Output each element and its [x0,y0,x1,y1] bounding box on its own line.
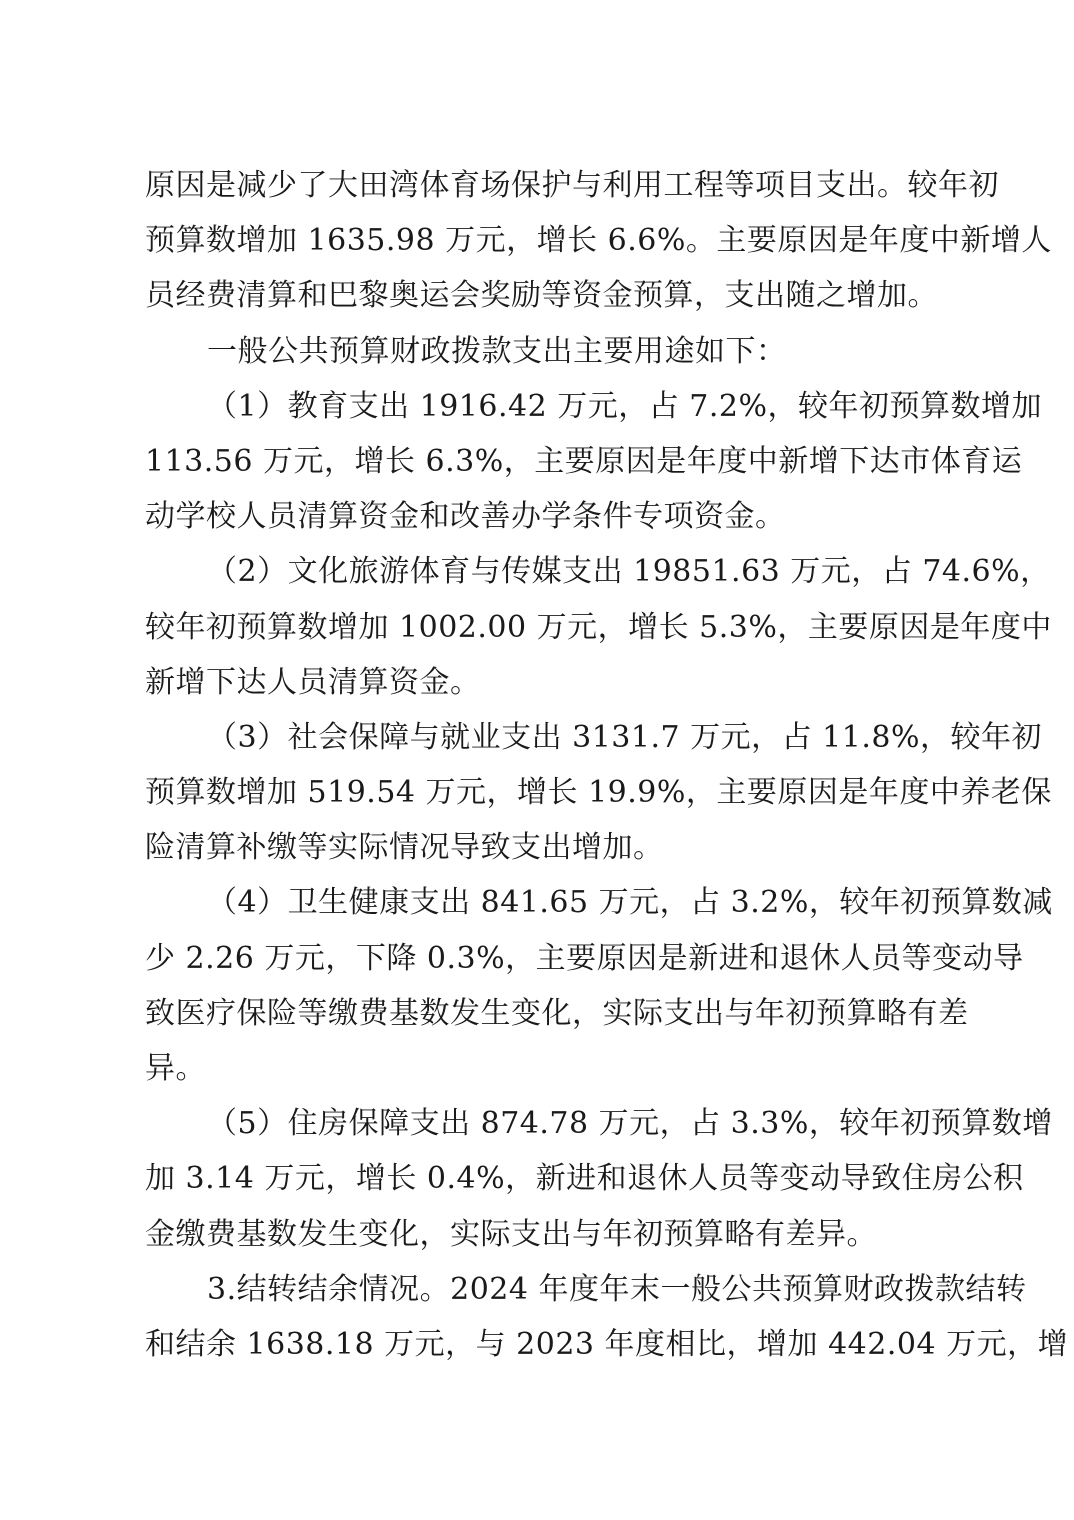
text-line: 加 3.14 万元，增长 0.4%，新进和退休人员等变动导致住房公积 [145,1151,941,1206]
paragraph-carryover-balance: 3.结转结余情况。2024 年度年末一般公共预算财政拨款结转 和结余 1638.… [145,1262,941,1372]
paragraph-item-culture-sports: （2）文化旅游体育与传媒支出 19851.63 万元，占 74.6%， 较年初预… [145,544,941,710]
text-line: 预算数增加 1635.98 万元，增长 6.6%。主要原因是年度中新增人 [145,213,941,268]
text-line: 金缴费基数发生变化，实际支出与年初预算略有差异。 [145,1207,941,1262]
text-line: （2）文化旅游体育与传媒支出 19851.63 万元，占 74.6%， [145,544,941,599]
document-page: 原因是减少了大田湾体育场保护与利用工程等项目支出。较年初 预算数增加 1635.… [145,158,941,1372]
text-line: 原因是减少了大田湾体育场保护与利用工程等项目支出。较年初 [145,158,941,213]
paragraph-item-housing: （5）住房保障支出 874.78 万元，占 3.3%，较年初预算数增 加 3.1… [145,1096,941,1262]
text-line: 员经费清算和巴黎奥运会奖励等资金预算，支出随之增加。 [145,268,941,323]
text-line: 异。 [145,1041,941,1096]
text-line: （1）教育支出 1916.42 万元，占 7.2%，较年初预算数增加 [145,379,941,434]
text-line: （4）卫生健康支出 841.65 万元，占 3.2%，较年初预算数减 [145,875,941,930]
text-line: （3）社会保障与就业支出 3131.7 万元，占 11.8%，较年初 [145,710,941,765]
text-line: 较年初预算数增加 1002.00 万元，增长 5.3%，主要原因是年度中 [145,600,941,655]
paragraph-uses-intro: 一般公共预算财政拨款支出主要用途如下： [145,324,941,379]
text-line: 一般公共预算财政拨款支出主要用途如下： [145,324,941,379]
text-line: 新增下达人员清算资金。 [145,655,941,710]
text-line: 少 2.26 万元，下降 0.3%，主要原因是新进和退休人员等变动导 [145,931,941,986]
text-line: 113.56 万元，增长 6.3%，主要原因是年度中新增下达市体育运 [145,434,941,489]
text-line: 3.结转结余情况。2024 年度年末一般公共预算财政拨款结转 [145,1262,941,1317]
paragraph-budget-change: 原因是减少了大田湾体育场保护与利用工程等项目支出。较年初 预算数增加 1635.… [145,158,941,324]
paragraph-item-education: （1）教育支出 1916.42 万元，占 7.2%，较年初预算数增加 113.5… [145,379,941,545]
text-line: 致医疗保险等缴费基数发生变化，实际支出与年初预算略有差 [145,986,941,1041]
paragraph-item-health: （4）卫生健康支出 841.65 万元，占 3.2%，较年初预算数减 少 2.2… [145,875,941,1096]
text-line: （5）住房保障支出 874.78 万元，占 3.3%，较年初预算数增 [145,1096,941,1151]
text-line: 和结余 1638.18 万元，与 2023 年度相比，增加 442.04 万元，… [145,1317,941,1372]
text-line: 险清算补缴等实际情况导致支出增加。 [145,820,941,875]
paragraph-item-social-security: （3）社会保障与就业支出 3131.7 万元，占 11.8%，较年初 预算数增加… [145,710,941,876]
text-line: 动学校人员清算资金和改善办学条件专项资金。 [145,489,941,544]
text-line: 预算数增加 519.54 万元，增长 19.9%，主要原因是年度中养老保 [145,765,941,820]
